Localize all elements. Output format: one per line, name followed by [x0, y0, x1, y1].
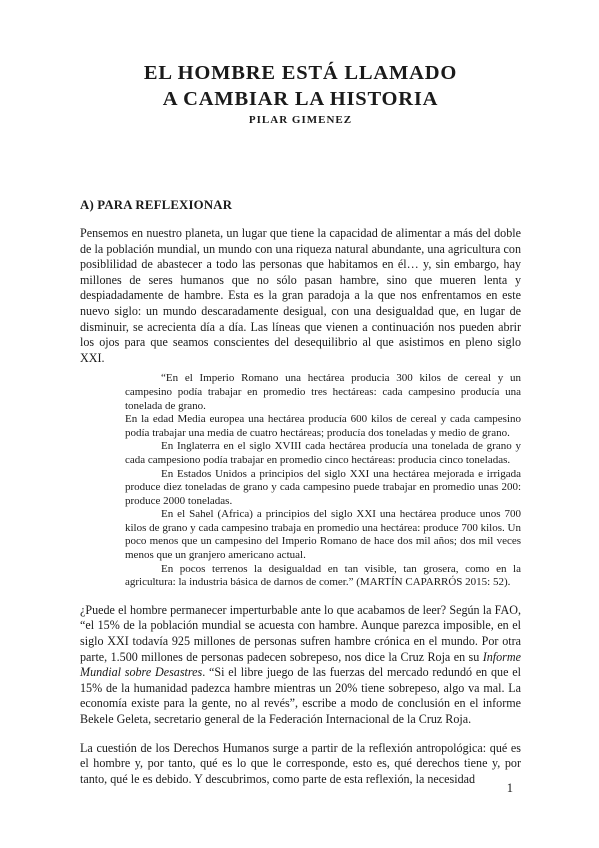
paragraph-fao: ¿Puede el hombre permanecer imperturbabl… — [80, 603, 521, 728]
quote-paragraph-england: En Inglaterra en el siglo XVIII cada hec… — [125, 440, 521, 467]
paragraph-human-rights: La cuestión de los Derechos Humanos surg… — [80, 741, 521, 788]
quote-paragraph-sahel: En el Sahel (Africa) a principios del si… — [125, 508, 521, 562]
section-heading: A) PARA REFLEXIONAR — [80, 198, 521, 213]
title-line-1: EL HOMBRE ESTÁ LLAMADO — [80, 60, 521, 86]
quote-paragraph-conclusion: En pocos terrenos la desigualdad en tan … — [125, 563, 521, 590]
quote-paragraph-middle-ages: En la edad Media europea una hectárea pr… — [125, 413, 521, 440]
author-name: PILAR GIMENEZ — [80, 114, 521, 126]
block-quote: “En el Imperio Romano una hectárea produ… — [125, 372, 521, 590]
quote-paragraph-usa: En Estados Unidos a principios del siglo… — [125, 468, 521, 509]
title-block: EL HOMBRE ESTÁ LLAMADO A CAMBIAR LA HIST… — [80, 60, 521, 126]
paragraph-fao-text-before: ¿Puede el hombre permanecer imperturbabl… — [80, 603, 521, 664]
title-line-2: A CAMBIAR LA HISTORIA — [80, 86, 521, 112]
document-title: EL HOMBRE ESTÁ LLAMADO A CAMBIAR LA HIST… — [80, 60, 521, 112]
quote-paragraph-roman-empire: “En el Imperio Romano una hectárea produ… — [125, 372, 521, 413]
document-page: EL HOMBRE ESTÁ LLAMADO A CAMBIAR LA HIST… — [0, 0, 599, 848]
page-number: 1 — [507, 781, 513, 796]
paragraph-intro: Pensemos en nuestro planeta, un lugar qu… — [80, 226, 521, 366]
